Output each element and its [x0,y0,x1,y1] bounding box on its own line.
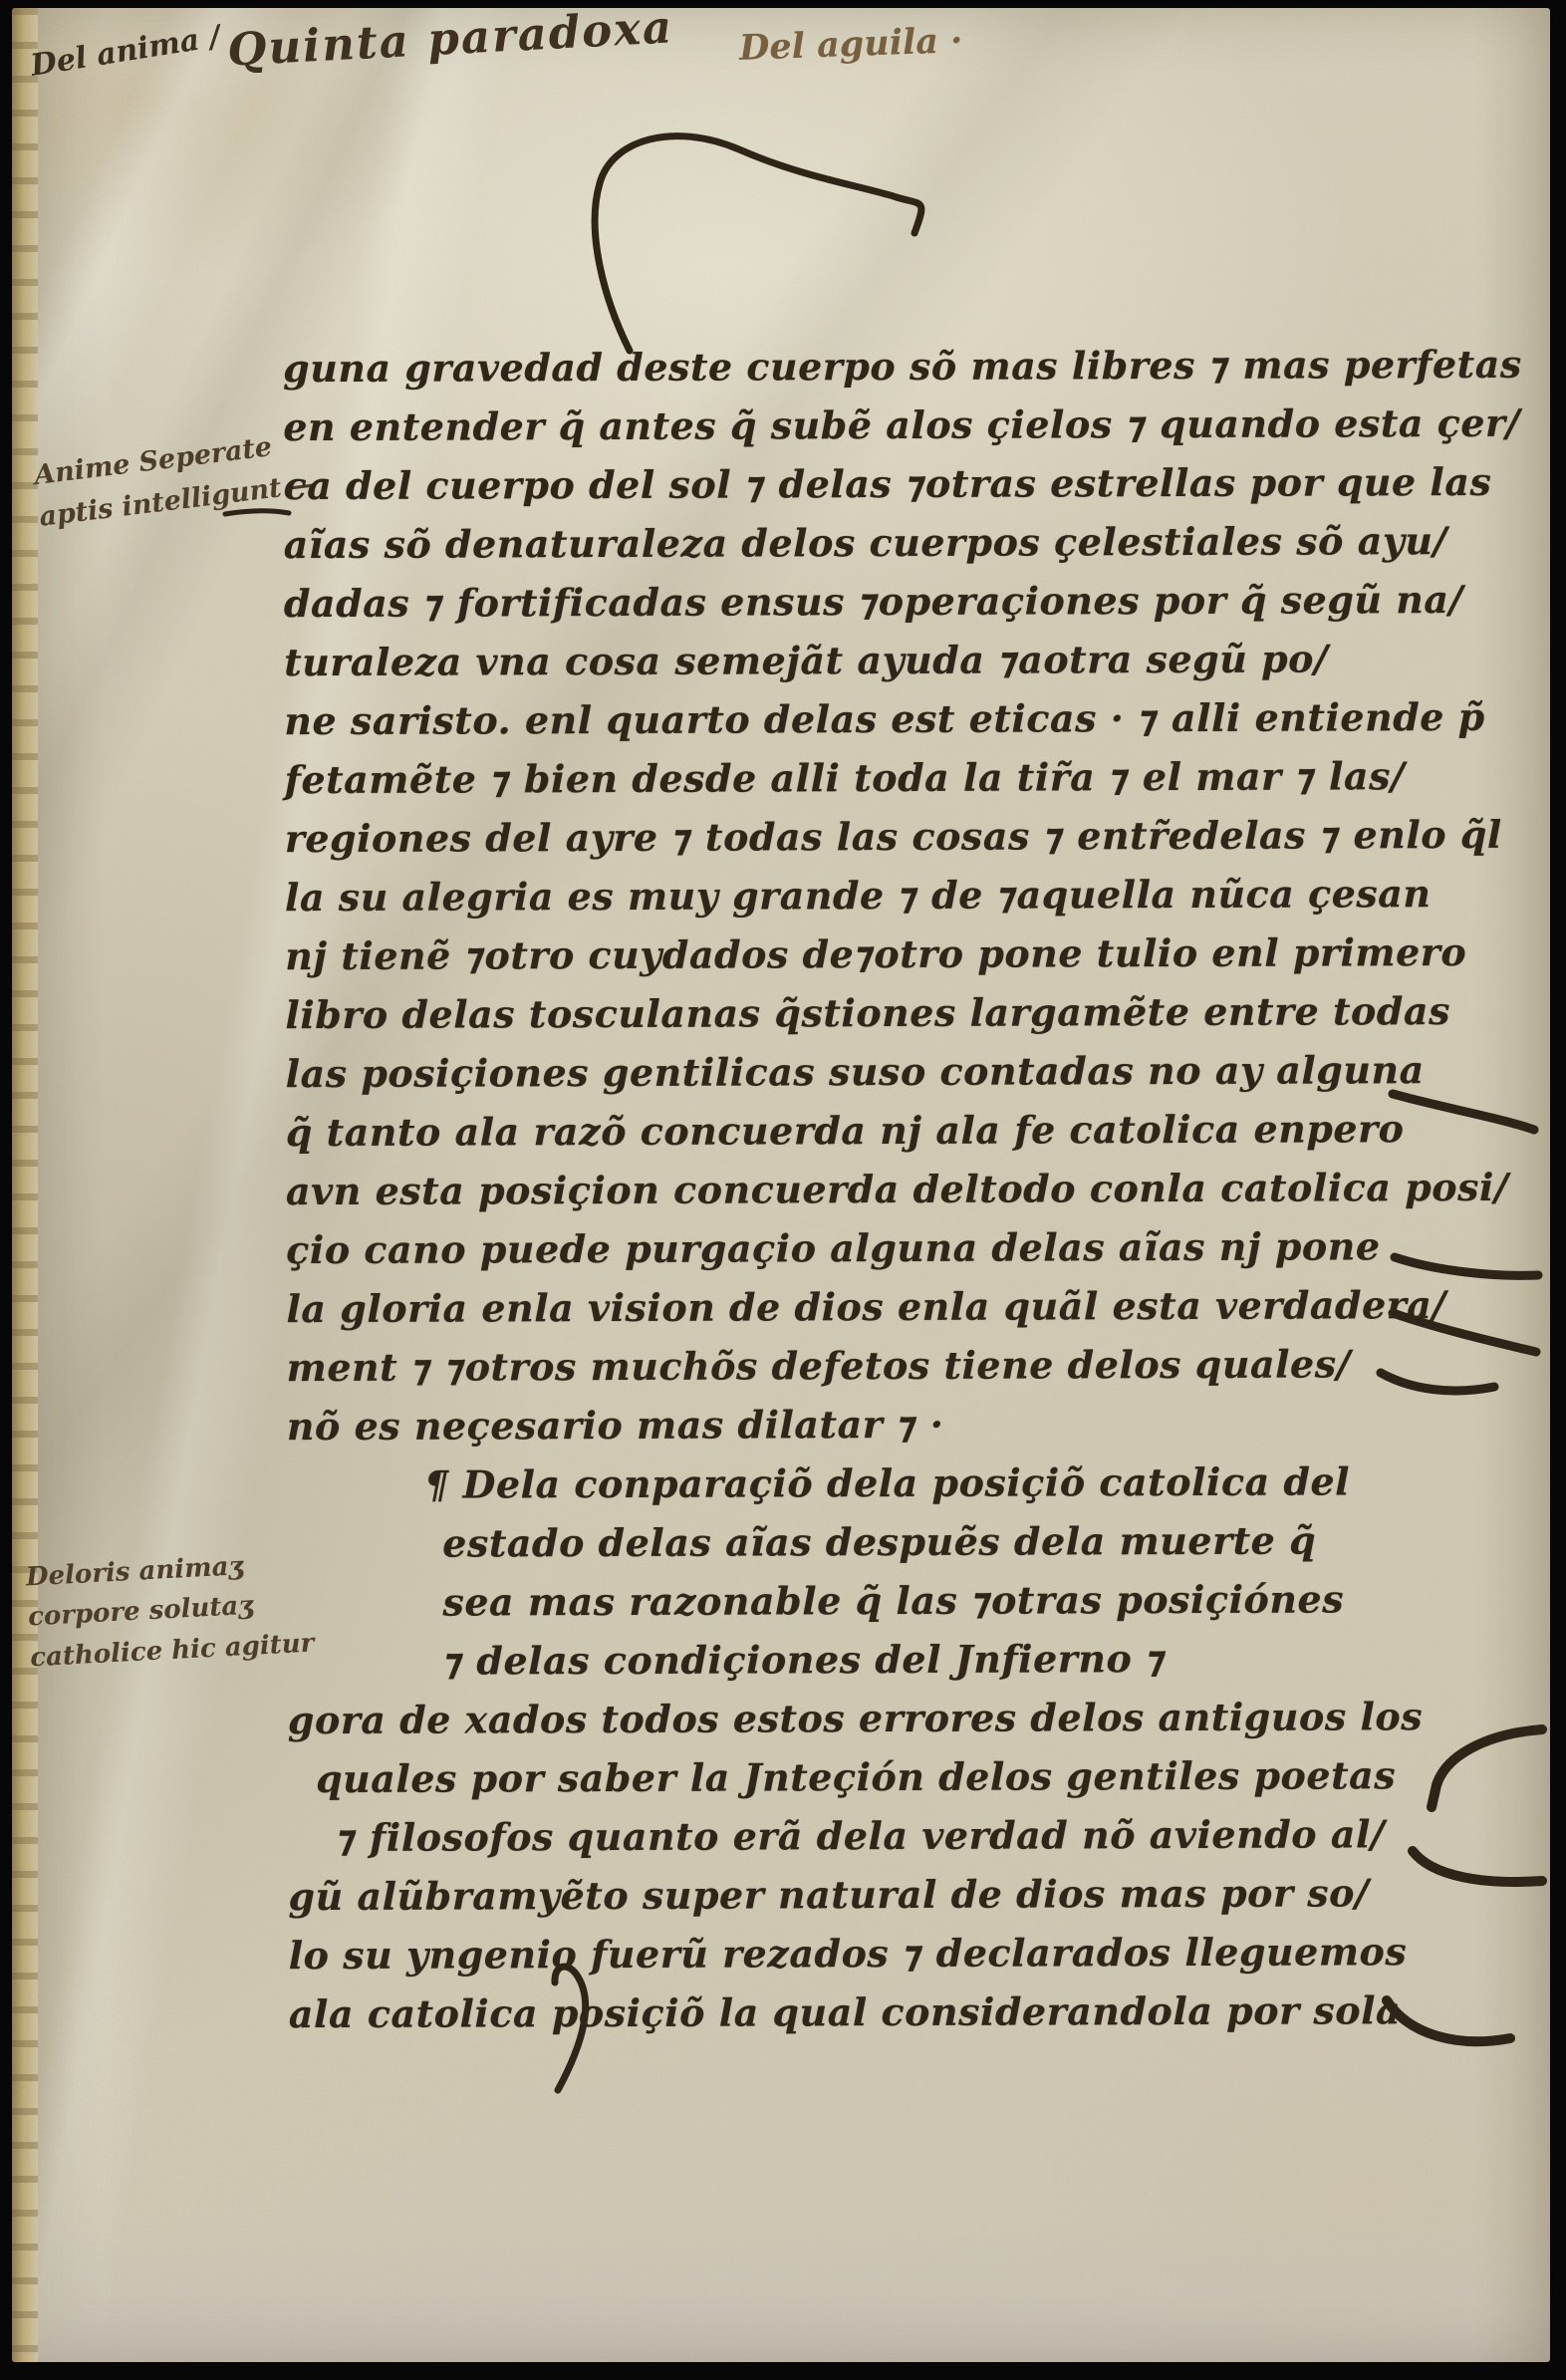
manuscript-line: nj tienẽ ⁊otro cuydados de⁊otro pone tul… [285,923,1505,985]
manuscript-line: regiones del ayre ⁊ todas las cosas ⁊ en… [285,805,1505,868]
manuscript-line: turaleza vna cosa semejãt ayuda ⁊aotra s… [284,629,1504,691]
manuscript-line: ⁊ filosofos quanto erã dela verdad nõ av… [288,1804,1508,1867]
manuscript-line: ala catolica posiçiõ la qual considerand… [289,1981,1509,2043]
manuscript-line: çio cano puede purgaçio alguna delas aĩa… [286,1216,1506,1279]
photograph-backing: Del anima / Quinta paradoxa Del aguila ·… [0,0,1566,2380]
manuscript-line: nõ es neçesario mas dilatar ⁊ · [287,1393,1507,1455]
manuscript-line: la gloria enla vision de dios enla quãl … [286,1275,1506,1338]
binding-stitched-edge [12,8,38,2362]
manuscript-line: q̃ tanto ala razõ concuerda nj ala fe ca… [286,1099,1506,1162]
manuscript-line: guna gravedad deste cuerpo sõ mas libres… [283,335,1503,397]
manuscript-line: quales por saber la Jnteçión delos genti… [288,1745,1508,1808]
chapter-heading-line: ⁊ delas condiçiones del Jnfierno ⁊ [288,1628,1508,1691]
chapter-heading-line: ¶ Dela conparaçiõ dela posiçiõ catolica … [287,1452,1507,1514]
manuscript-line: gora de xados todos estos errores delos … [288,1687,1508,1749]
manuscript-line: dadas ⁊ fortificadas ensus ⁊operaçiones … [284,570,1504,633]
manuscript-line: avn esta posiçion concuerda deltodo conl… [286,1158,1506,1220]
chapter-heading-line: sea mas razonable q̃ las ⁊otras posiçión… [287,1569,1507,1632]
manuscript-line: fetamẽte ⁊ bien desde alli toda la tir̃a… [284,746,1504,809]
annotation-del-aguila: Del aguila · [738,20,963,69]
manuscript-line: las posiçiones gentilicas suso contadas … [285,1040,1505,1103]
manuscript-line: ne saristo. enl quarto delas est eticas … [284,687,1504,750]
manuscript-line: lo su yngenio fuerũ rezados ⁊ declarados… [289,1922,1509,1984]
manuscript-text-block: guna gravedad deste cuerpo sõ mas libres… [283,335,1509,2043]
margin-note-deloris-animarum: Deloris animaʒ corpore solutaʒ catholice… [25,1543,315,1679]
manuscript-line: ment ⁊ ⁊otros muchõs defetos tiene delos… [287,1334,1507,1397]
manuscript-line: en entender q̃ antes q̃ subẽ alos çielos… [283,394,1503,456]
chapter-heading-line: estado delas aĩas despuẽs dela muerte q̃ [287,1510,1507,1573]
manuscript-line: aĩas sõ denaturaleza delos cuerpos çeles… [284,511,1504,574]
manuscript-line: libro delas tosculanas q̃stiones largamẽ… [285,981,1505,1044]
manuscript-line: la su alegria es muy grande ⁊ de ⁊aquell… [285,864,1505,926]
manuscript-line: ca del cuerpo del sol ⁊ delas ⁊otras est… [283,452,1503,515]
manuscript-line: gũ alũbramyẽto super natural de dios mas… [288,1863,1508,1926]
